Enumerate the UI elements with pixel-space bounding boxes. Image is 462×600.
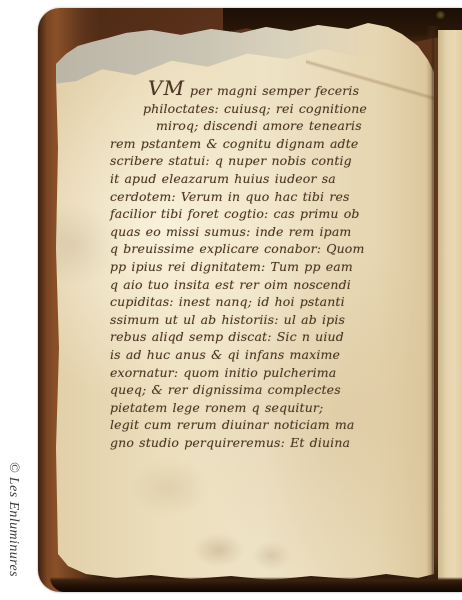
book-cover: VM per magni semper fecerisphiloctates: … [38,8,462,592]
manuscript-line: VM per magni semper feceris [110,80,366,100]
corner-speck [436,11,445,19]
manuscript-page: VM per magni semper fecerisphiloctates: … [56,18,434,584]
manuscript-line: q aio tuo insita est rer oim noscendi [110,276,366,294]
manuscript-text: VM per magni semper fecerisphiloctates: … [110,80,366,451]
manuscript-line: is ad huc anus & qi infans maxime [110,346,366,364]
manuscript-line: cupiditas: inest nanq; id hoi pstanti [110,293,366,311]
copyright-credit: © Les Enluminures [6,462,21,577]
manuscript-line: it apud eleazarum huius iudeor sa [110,170,366,188]
book-bottom-edge [50,577,462,592]
manuscript-line: rem pstantem & cognitu dignam adte [110,135,366,153]
manuscript-line: philoctates: cuiusq; rei cognitione [110,100,366,118]
manuscript-line: cerdotem: Verum in quo hac tibi res [110,188,366,206]
manuscript-line: rebus aliqd semp discat: Sic n uiud [110,328,366,346]
manuscript-line: miroq; discendi amore tenearis [110,117,366,135]
manuscript-line: legit cum rerum diuinar noticiam ma [110,416,366,434]
initial-letters: VM [148,76,185,100]
manuscript-line: facilior tibi foret cogtio: cas primu ob [110,205,366,223]
facing-page-edge [438,30,462,580]
manuscript-line: ssimum ut ul ab historiis: ul ab ipis [110,311,366,329]
manuscript-line: q breuissime explicare conabor: Quom [110,240,366,258]
manuscript-line: pietatem lege ronem q sequitur; [110,399,366,417]
manuscript-line: gno studio perquireremus: Et diuina [110,434,366,452]
manuscript-line: pp ipius rei dignitatem: Tum pp eam [110,258,366,276]
manuscript-line: scribere statui: q nuper nobis contig [110,152,366,170]
manuscript-line: exornatur: quom initio pulcherima [110,364,366,382]
photo-frame: © Les Enluminures VM per magni semper fe… [0,0,462,600]
manuscript-line: queq; & rer dignissima complectes [110,381,366,399]
manuscript-line: quas eo missi sumus: inde rem ipam [110,223,366,241]
